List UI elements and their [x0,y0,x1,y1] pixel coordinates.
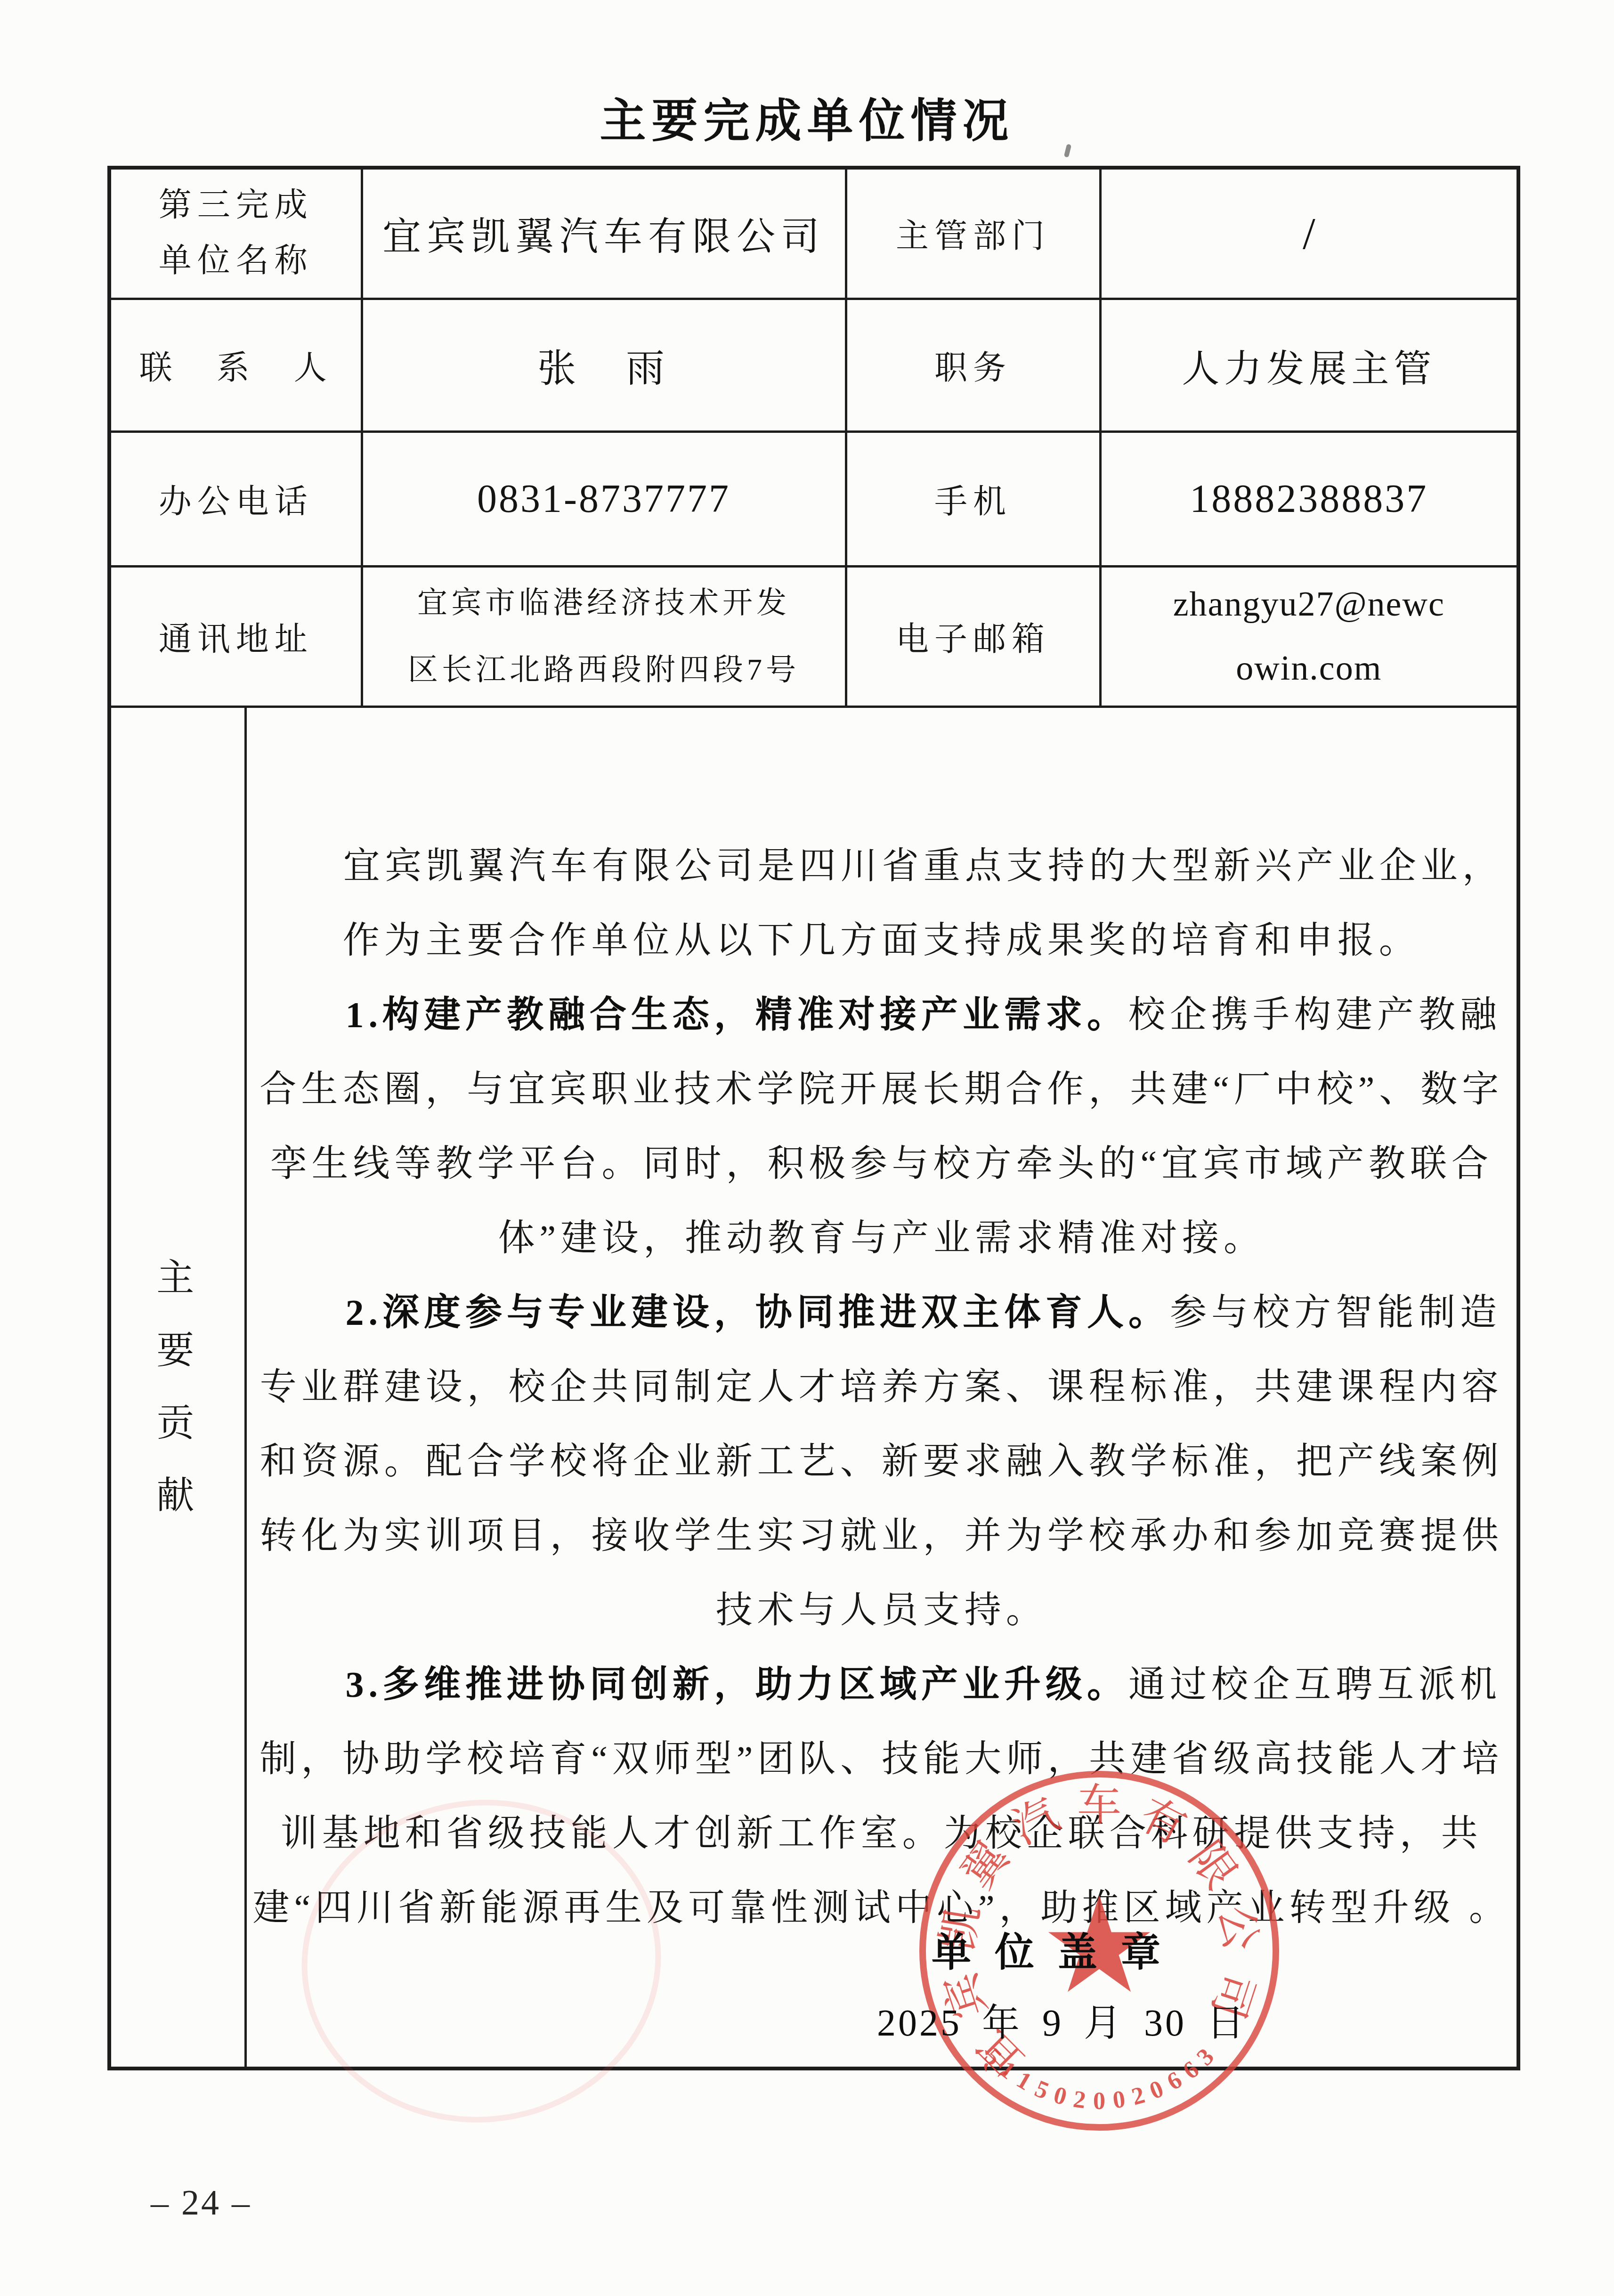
contribution-paragraph: 1.构建产教融合生态，精准对接产业需求。校企携手构建产教融合生态圈，与宜宾职业技… [247,978,1517,1275]
contact-label: 联 系 人 [109,299,362,431]
contribution-paragraph: 宜宾凯翼汽车有限公司是四川省重点支持的大型新兴产业企业，作为主要合作单位从以下几… [247,829,1517,978]
dept-label: 主管部门 [846,168,1100,299]
position-value: 人力发展主管 [1100,299,1518,431]
dept-value: / [1100,168,1518,299]
mobile-label: 手机 [846,431,1100,566]
contribution-paragraph: 2.深度参与专业建设，协同推进双主体育人。参与校方智能制造专业群建设，校企共同制… [247,1275,1517,1647]
address-line2: 区长江北路西段附四段7号 [363,636,845,703]
contact-value: 张 雨 [362,299,846,431]
contribution-header: 主要贡献 [109,706,245,2069]
address-label: 通讯地址 [109,566,362,706]
unit-name-label: 第三完成单位名称 [109,168,362,299]
email-line2: owin.com [1102,636,1517,700]
unit-info-table: 第三完成单位名称 宜宾凯翼汽车有限公司 主管部门 / 联 系 人 张 雨 职务 … [107,166,1520,2070]
seal-caption: 单位盖章 [932,1921,1184,1978]
email-label: 电子邮箱 [846,566,1100,706]
seal-date: 2025 年 9 月 30 日 [877,1992,1247,2046]
mobile-value: 18882388837 [1100,431,1518,566]
table-row: 通讯地址 宜宾市临港经济技术开发 区长江北路西段附四段7号 电子邮箱 zhang… [109,566,1518,706]
office-phone-value: 0831-8737777 [362,431,846,566]
table-row: 主要贡献 宜宾凯翼汽车有限公司是四川省重点支持的大型新兴产业企业，作为主要合作单… [109,706,1518,2069]
email-value: zhangyu27@newc owin.com [1100,566,1518,706]
position-label: 职务 [846,299,1100,431]
page-title: 主要完成单位情况 [0,84,1614,150]
page-number: – 24 – [151,2182,251,2223]
address-line1: 宜宾市临港经济技术开发 [363,569,845,636]
table-row: 第三完成单位名称 宜宾凯翼汽车有限公司 主管部门 / [109,168,1518,299]
table-row: 联 系 人 张 雨 职务 人力发展主管 [109,299,1518,431]
table-row: 办公电话 0831-8737777 手机 18882388837 [109,431,1518,566]
email-line1: zhangyu27@newc [1102,572,1517,636]
unit-name-value: 宜宾凯翼汽车有限公司 [362,168,846,299]
address-value: 宜宾市临港经济技术开发 区长江北路西段附四段7号 [362,566,846,706]
office-phone-label: 办公电话 [109,431,362,566]
